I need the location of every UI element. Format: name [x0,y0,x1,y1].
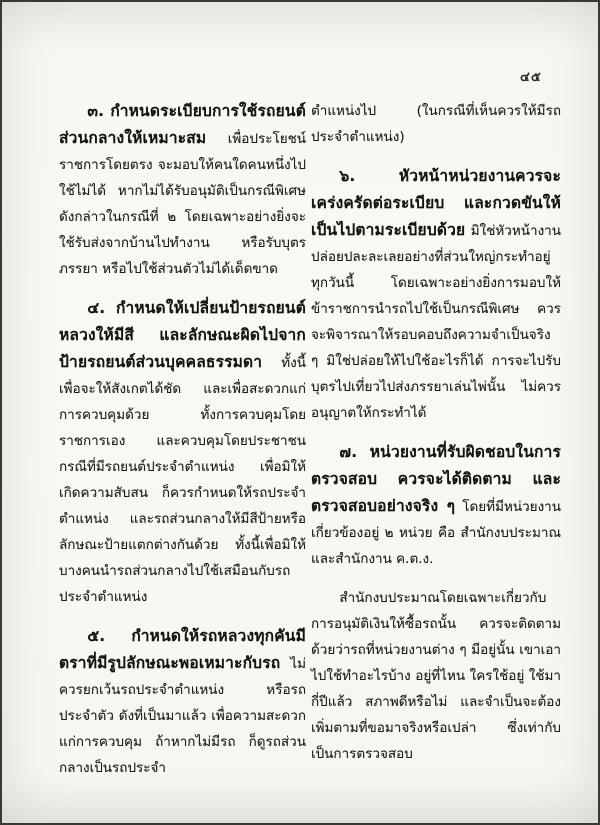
section-5-body: ไม่ควรยกเว้นรถประจำตำแหน่ง หรือรถประจำตั… [59,656,306,776]
continuation-text: ตำแหน่งไป (ในกรณีที่เห็นควรให้มีรถประจำต… [311,103,561,145]
continuation-paragraph: ตำแหน่งไป (ในกรณีที่เห็นควรให้มีรถประจำต… [311,98,561,150]
section-3: ๓. กำหนดระเบียบการใช้รถยนต์ส่วนกลางให้เห… [59,98,306,282]
closing-paragraph-text: สำนักงบประมาณโดยเฉพาะเกี่ยวกับการอนุมัติ… [311,590,561,762]
left-column: ๓. กำหนดระเบียบการใช้รถยนต์ส่วนกลางให้เห… [59,98,306,794]
section-5: ๕. กำหนดให้รถหลวงทุกคันมีตราที่มีรูปลักษ… [59,623,306,781]
scanned-document-image: ๔๕ ๓. กำหนดระเบียบการใช้รถยนต์ส่วนกลางให… [0,0,600,825]
right-column: ตำแหน่งไป (ในกรณีที่เห็นควรให้มีรถประจำต… [311,98,561,780]
section-7: ๗. หน่วยงานที่รับผิดชอบในการตรวจสอบ ควรจ… [311,439,561,572]
page-number: ๔๕ [520,66,542,87]
section-6-body: มิใช่หัวหน้างานปล่อยปละละเลยอย่างที่ส่วน… [311,223,561,421]
section-5-heading: ๕. กำหนดให้รถหลวงทุกคันมีตราที่มีรูปลักษ… [59,627,306,672]
section-4-heading: ๔. กำหนดให้เปลี่ยนป้ายรถยนต์หลวงให้มีสี … [59,299,306,371]
section-3-body: เพื่อประโยชน์ราชการโดยตรง จะมอบให้คนใดคน… [59,131,306,277]
section-6: ๖. หัวหน้าหน่วยงานควรจะเคร่งครัดต่อระเบี… [311,163,561,426]
scanned-page: ๔๕ ๓. กำหนดระเบียบการใช้รถยนต์ส่วนกลางให… [0,0,600,825]
section-4-body: ทั้งนี้เพื่อจะให้สังเกตได้ชัด และเพื่อสะ… [59,355,306,605]
closing-paragraph: สำนักงบประมาณโดยเฉพาะเกี่ยวกับการอนุมัติ… [311,585,561,767]
section-4: ๔. กำหนดให้เปลี่ยนป้ายรถยนต์หลวงให้มีสี … [59,295,306,610]
